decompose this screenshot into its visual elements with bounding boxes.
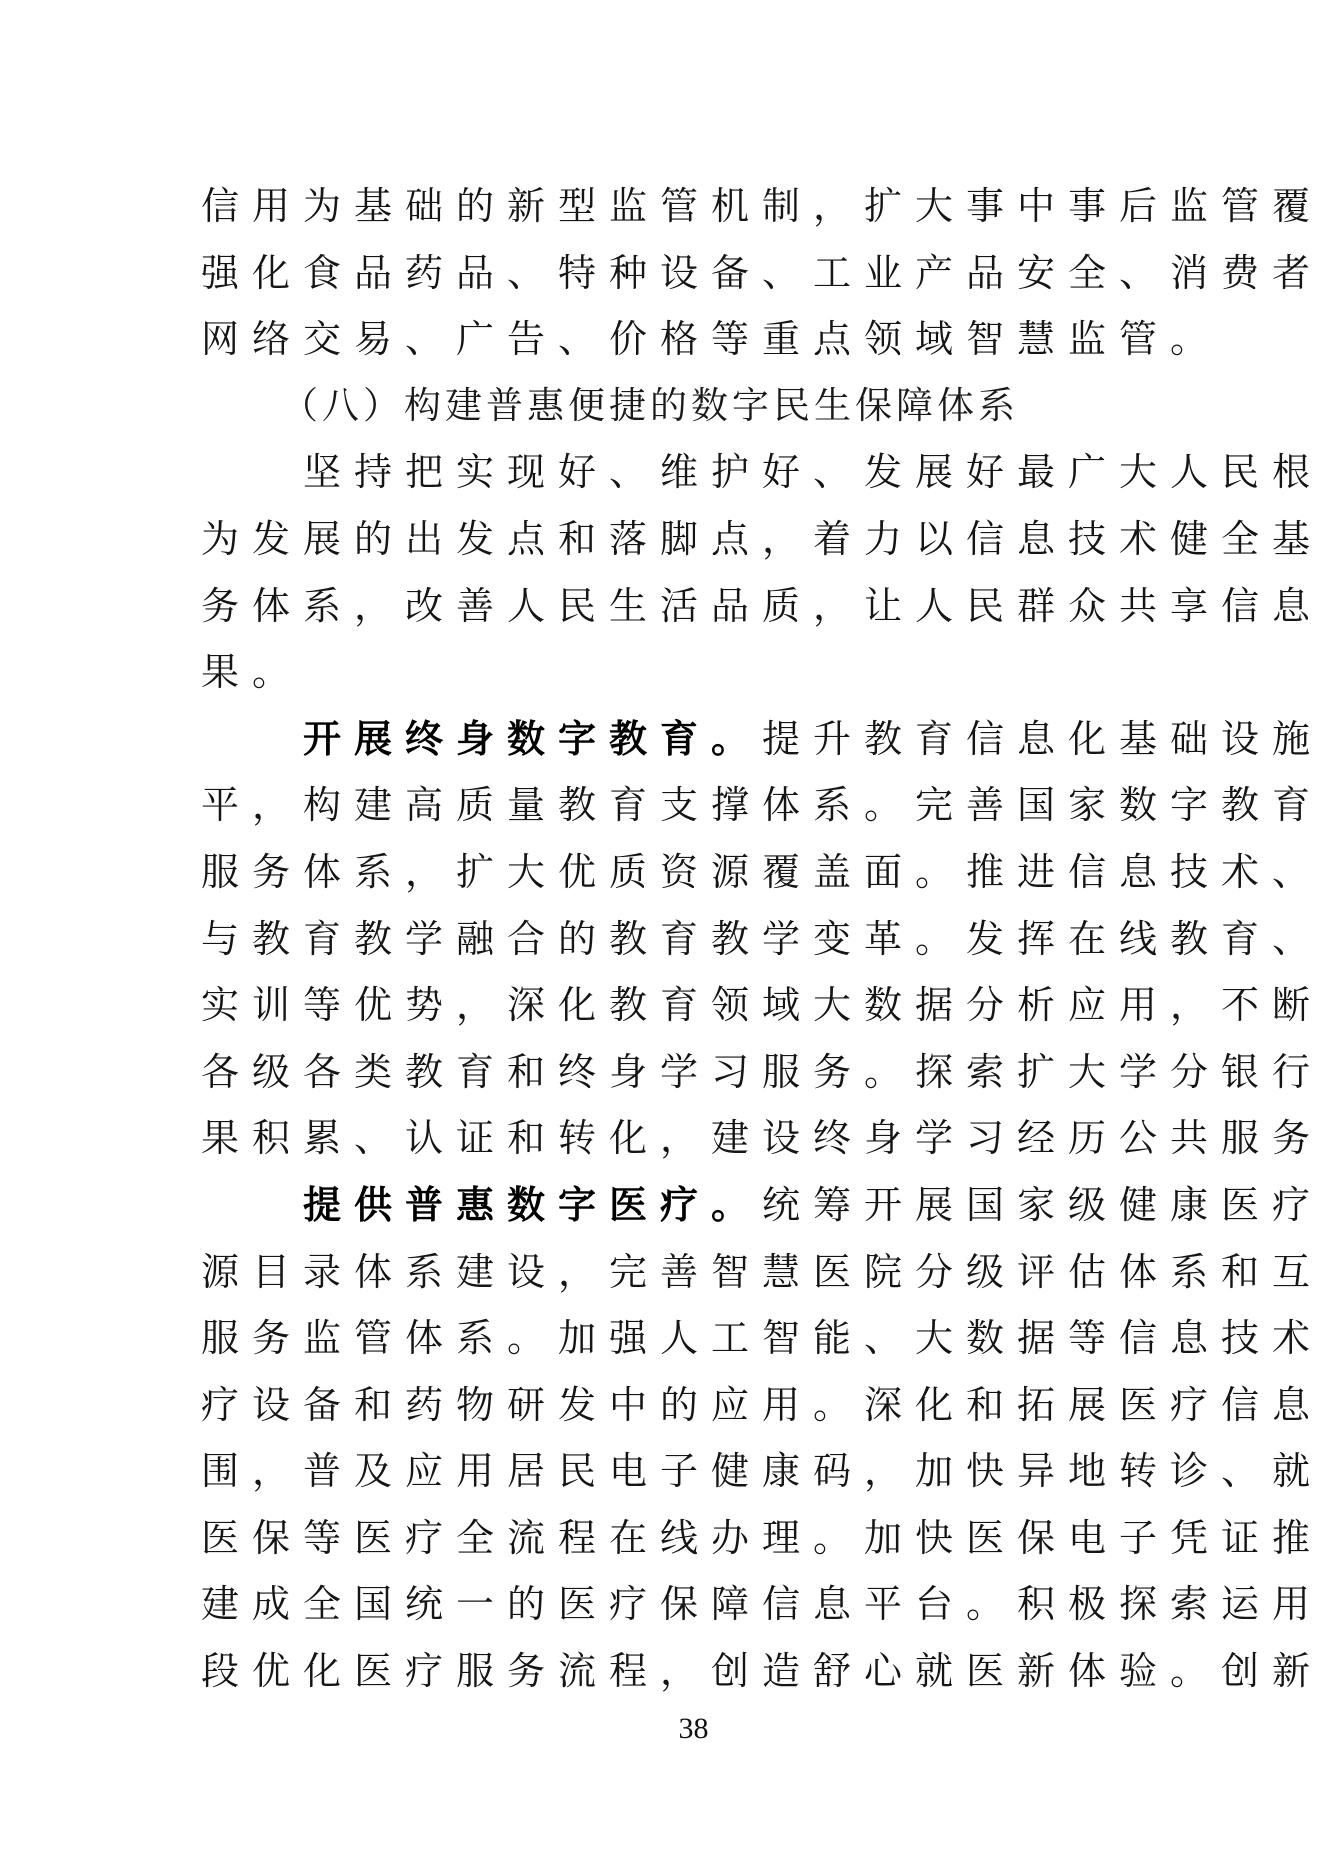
text-line: 提供普惠数字医疗。统筹开展国家级健康医疗大数据资 (201, 1172, 1131, 1239)
text-line: 源目录体系建设，完善智慧医院分级评估体系和互联网医疗 (201, 1239, 1131, 1306)
text-run: 提升教育信息化基础设施建设水 (762, 717, 1323, 761)
text-line: 与教育教学融合的教育教学变革。发挥在线教育、虚拟仿真 (201, 906, 1131, 973)
text-line: 医保等医疗全流程在线办理。加快医保电子凭证推广应用， (201, 1505, 1131, 1572)
text-line: 实训等优势，深化教育领域大数据分析应用，不断拓展优化 (201, 972, 1131, 1039)
text-line: 开展终身数字教育。提升教育信息化基础设施建设水 (201, 706, 1131, 773)
text-line: 各级各类教育和终身学习服务。探索扩大学分银行试点及成 (201, 1039, 1131, 1106)
text-line: 疗设备和药物研发中的应用。深化和拓展医疗信息化应用范 (201, 1372, 1131, 1439)
text-line: 果积累、认证和转化，建设终身学习经历公共服务体系。 (201, 1105, 1131, 1172)
text-line: 务体系，改善人民生活品质，让人民群众共享信息化发展成 (201, 573, 1131, 640)
body-text: 信用为基础的新型监管机制，扩大事中事后监管覆盖范围。 强化食品药品、特种设备、工… (201, 173, 1131, 1705)
text-line: 果。 (201, 639, 1131, 706)
education-paragraph: 开展终身数字教育。提升教育信息化基础设施建设水 平，构建高质量教育支撑体系。完善… (201, 706, 1131, 1172)
text-line: 建成全国统一的医疗保障信息平台。积极探索运用信息化手 (201, 1571, 1131, 1638)
page-number: 38 (0, 1712, 1323, 1746)
text-line: 服务监管体系。加强人工智能、大数据等信息技术在智能医 (201, 1305, 1131, 1372)
intro-paragraph: 坚持把实现好、维护好、发展好最广大人民根本利益作 为发展的出发点和落脚点，着力以… (201, 439, 1131, 705)
text-line: 段优化医疗服务流程，创造舒心就医新体验。创新发展互联 (201, 1638, 1131, 1705)
paragraph-lead-medical: 提供普惠数字医疗。 (303, 1182, 762, 1227)
document-page: 信用为基础的新型监管机制，扩大事中事后监管覆盖范围。 强化食品药品、特种设备、工… (0, 0, 1323, 1871)
text-line: 服务体系，扩大优质资源覆盖面。推进信息技术、智能技术 (201, 839, 1131, 906)
medical-paragraph: 提供普惠数字医疗。统筹开展国家级健康医疗大数据资 源目录体系建设，完善智慧医院分… (201, 1172, 1131, 1705)
text-line: 网络交易、广告、价格等重点领域智慧监管。 (201, 306, 1131, 373)
text-line: 平，构建高质量教育支撑体系。完善国家数字教育资源公共 (201, 772, 1131, 839)
text-line: 信用为基础的新型监管机制，扩大事中事后监管覆盖范围。 (201, 173, 1131, 240)
paragraph-lead-education: 开展终身数字教育。 (303, 716, 762, 761)
text-line: 坚持把实现好、维护好、发展好最广大人民根本利益作 (201, 439, 1131, 506)
text-line: 强化食品药品、特种设备、工业产品安全、消费者权益保护、 (201, 240, 1131, 307)
text-line: 围，普及应用居民电子健康码，加快异地转诊、就医、住院、 (201, 1438, 1131, 1505)
section-heading: （八）构建普惠便捷的数字民生保障体系 (201, 373, 1131, 440)
text-run: 统筹开展国家级健康医疗大数据资 (762, 1183, 1323, 1227)
text-line: 为发展的出发点和落脚点，着力以信息技术健全基本公共服 (201, 506, 1131, 573)
